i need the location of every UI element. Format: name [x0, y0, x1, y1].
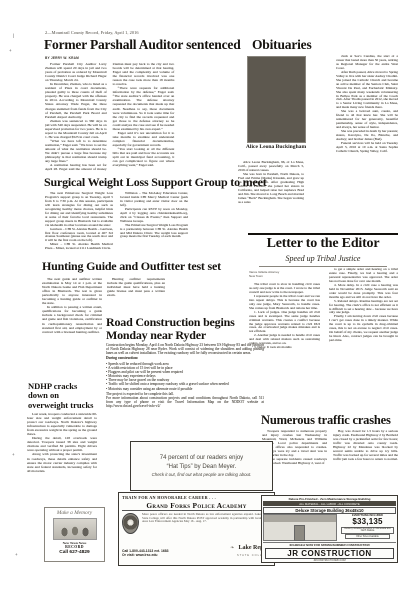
obituary-column-2: clerk at See’s Candies, the start of a c… [336, 55, 398, 231]
headline-letter-to-editor: Letter to the Editor [248, 236, 398, 252]
headline-auditor-sentenced: Former Parshall Auditor sentenced [44, 37, 241, 53]
jr-ad-schedule-line: SCHEDULE NOW FOR SPRING/SUMMER CONSTRUCT… [263, 542, 396, 547]
police-ad-body: More peace officers are needed in North … [142, 513, 271, 534]
page-folio: 2—Mountrail County Record, Friday, April… [45, 30, 139, 35]
letter-subtitle: Speed up Tribal Justice [248, 254, 398, 263]
margin-mark: | [13, 33, 14, 38]
article-auditor-body: Former Parshall City Auditor Larry Ziema… [45, 62, 242, 174]
hat-tips-line2: “Hat Tips” by Dean Meyer. [131, 464, 272, 470]
memory-ad-phone: Call 627-4829 [45, 550, 104, 555]
crashes-column-2: Bay, was closed for 1.5 hours by a serio… [333, 430, 398, 492]
obituary-portrait-photo [247, 56, 306, 143]
memory-ad-title: Make a Memory [45, 510, 104, 516]
hat-tips-line3: Check it out, find out what people are t… [131, 472, 272, 477]
headline-traffic-crashes: Numerous traffic crashes [261, 413, 391, 428]
jr-ad-company-name: JR CONSTRUCTION [265, 548, 394, 559]
police-badge-icon: ★ [122, 513, 139, 534]
article-ndhp-body: Last week, troopers conducted a statewid… [27, 412, 97, 506]
obituary-name: Alice Leona Buckingham [241, 144, 311, 150]
storage-building-illustration [263, 514, 337, 541]
hat-tips-house-ad: 74 percent of our readers enjoy “Hat Tip… [130, 441, 273, 491]
jr-ad-contact-line: JRCONSTRUCTIONMN.COM [263, 559, 396, 562]
subtitle-rule [259, 266, 387, 267]
article-hunting-column-2: Hunting outfitter requirements include t… [107, 277, 165, 317]
leaf-icon: ❧ [230, 546, 234, 551]
jr-ad-price: $33,135 [339, 517, 396, 526]
letter-byline: Vance Gillette AttorneyNew Town [249, 271, 279, 278]
article-surgical-body: The next PrimeCare Surgical Weight Loss … [45, 192, 263, 256]
headline-hunting-guide: Hunting Guide and Outfitter test set [42, 259, 221, 274]
make-a-memory-ad: Make a Memory New Town News RECORD Call … [44, 507, 105, 562]
memory-ad-paper-record: RECORD [45, 545, 104, 549]
byline-auditor: BY JERRY W. KRAM [45, 56, 79, 60]
jr-ad-materials-bar: ALL MATERIAL - ALL LABOR - ALL CONCRETE [263, 501, 396, 506]
margin-mark: + [12, 452, 15, 457]
police-academy-ad: TRAIN FOR AN HONORABLE CAREER . . . Gran… [118, 492, 275, 566]
jr-ad-product: Deluxe Storage Building 36x48x10 [263, 507, 396, 514]
headline-road-construction: Road Construction beginsMonday near Ryde… [106, 316, 235, 341]
police-ad-title: Grand Forks Police Academy [122, 501, 271, 511]
letter-column-2: to get a simple order and hearing on a t… [329, 268, 398, 410]
road-outro: The project is expected to be complete t… [106, 392, 264, 409]
headline-surgical-weight-loss: Surgical Weight Loss Support Group to me… [44, 175, 267, 190]
memory-ad-photo [53, 518, 97, 540]
jr-ad-sizes-note: Other Sizes Available [345, 534, 390, 539]
margin-mark: + [9, 48, 12, 53]
section-rule [248, 233, 398, 235]
road-intro: Construction begins Monday, April 4 on N… [106, 343, 264, 355]
police-ad-kicker: TRAIN FOR AN HONORABLE CAREER . . . [122, 495, 271, 500]
road-during-label: During construction: [106, 356, 264, 360]
letter-column-1: The tribal court is slow in handling civ… [249, 283, 320, 410]
margin-mark: + [15, 552, 18, 557]
jr-ad-delivery-note: Delivery installed anywhere in Minnesota… [341, 527, 394, 534]
jr-construction-ad: Deluxe Pre-Finished - Zero Maintenance S… [261, 495, 398, 563]
headline-ndhp-overweight-trucks: NDHP cracksdown onoverweight trucks [28, 382, 93, 410]
headline-obituaries: Obituaries [252, 37, 312, 53]
article-road-body: Construction begins Monday, April 4 on N… [106, 343, 264, 439]
article-hunting-column-1: The next guide and outfitter written exa… [42, 277, 102, 377]
hat-tips-line1: 74 percent of our readers enjoy [131, 455, 272, 461]
newspaper-page: | + + + 2—Mountrail County Record, Frida… [0, 0, 400, 600]
road-bullet-list: • Speeds will be reduced through work ar… [106, 362, 264, 391]
police-ad-website: Or visit: www.lrsc.edu [122, 553, 169, 557]
